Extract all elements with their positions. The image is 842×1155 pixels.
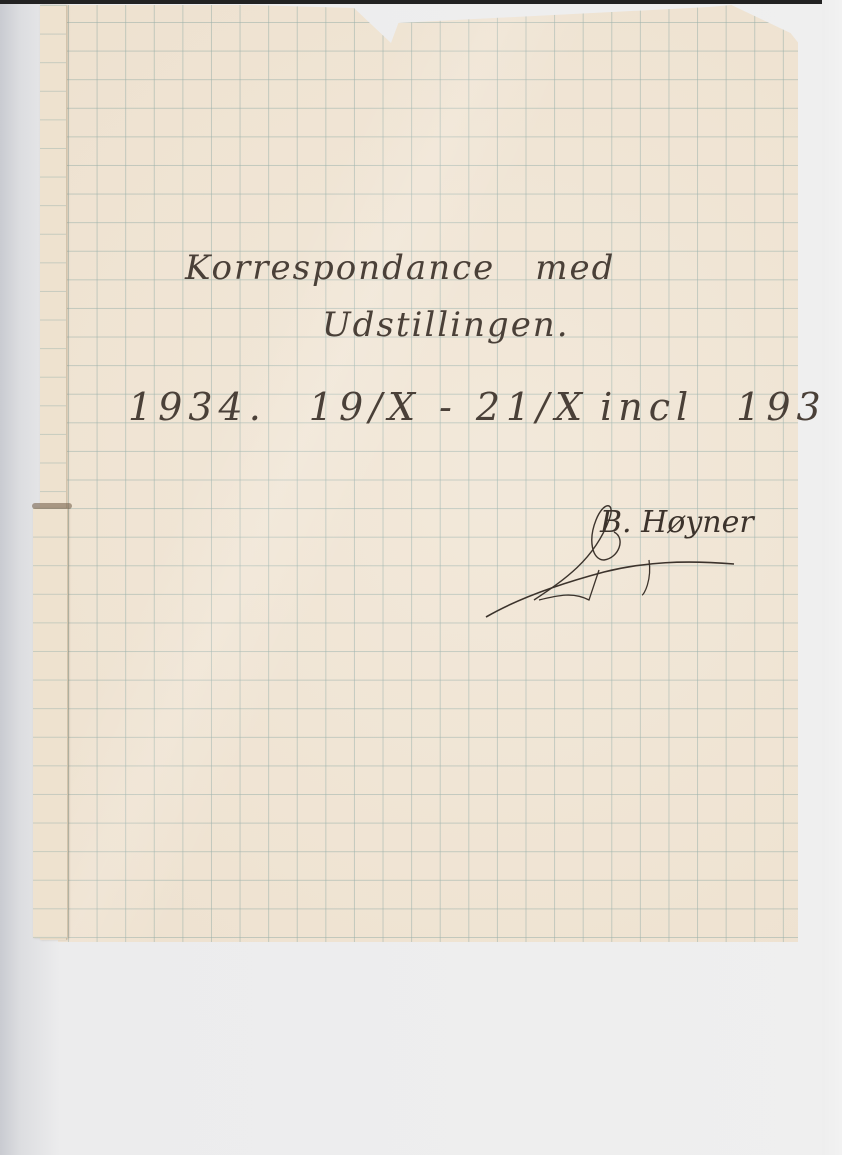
graph-paper-sheet [58, 5, 798, 942]
scanner-right-edge [822, 0, 842, 1155]
date-line: 1934.19/X-21/Xincl1934. [128, 385, 842, 429]
paper-tear [32, 503, 72, 509]
scanner-edge [0, 0, 842, 4]
signature-name: B. Høyner [600, 505, 754, 540]
range-start: 19/X [309, 385, 421, 429]
title-line-2: Udstillingen. [322, 305, 570, 345]
title-word-korrespondance: Korrespondance [185, 248, 495, 288]
range-end: 21/X [476, 385, 588, 429]
year-start: 1934. [128, 385, 267, 429]
range-separator: - [439, 385, 458, 429]
title-word-med: med [535, 248, 615, 288]
title-line-1: Korrespondancemed [185, 248, 615, 288]
inclusive-label: incl [600, 385, 694, 429]
paper-shading [58, 5, 798, 942]
folded-left-edge-lower [33, 508, 68, 938]
